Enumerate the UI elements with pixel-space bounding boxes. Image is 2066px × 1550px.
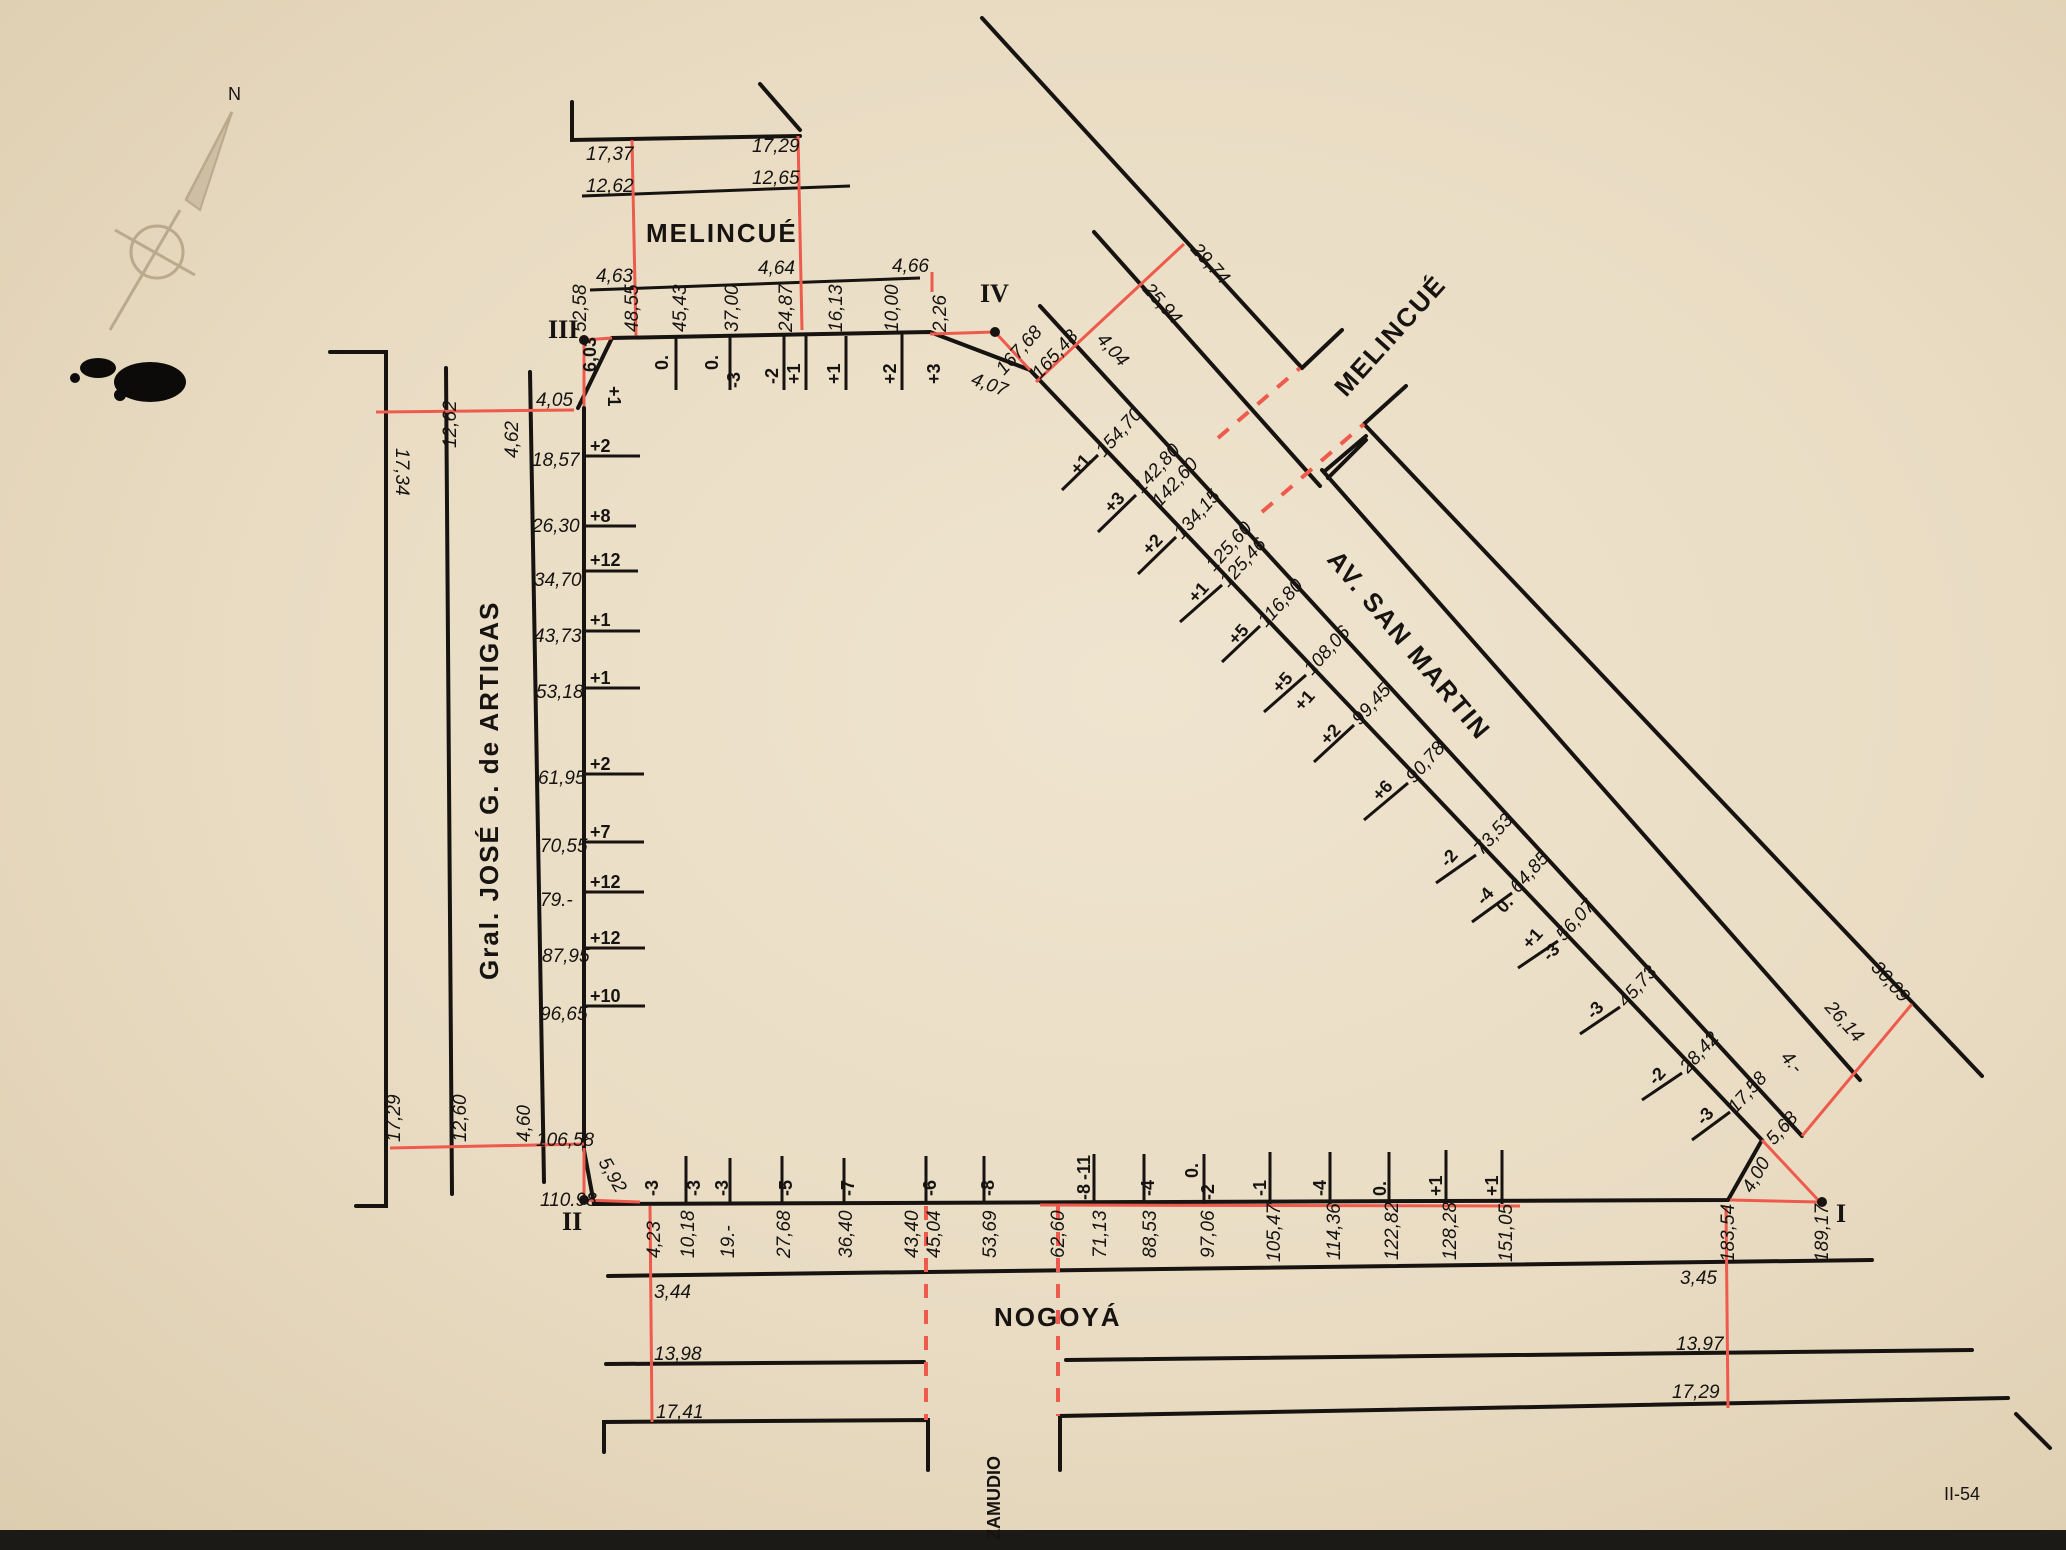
offset: +1 [784, 363, 804, 384]
north-arrow-icon: N [110, 84, 241, 330]
chainage: 36,40 [836, 1210, 857, 1258]
chainage: 183,54 [1718, 1204, 1739, 1262]
offset: +1 [1482, 1175, 1502, 1196]
chainage: 53,69 [980, 1210, 1001, 1258]
offset: +2 [590, 754, 611, 774]
offset: -4 [1310, 1180, 1330, 1196]
chainage: 62,60 [1048, 1210, 1069, 1258]
chainage: 45,73 [1614, 962, 1662, 1012]
dim-label: 17,37 [586, 144, 635, 165]
street-width: 4,60 [514, 1105, 535, 1142]
offset: -11 [1074, 1155, 1094, 1180]
offset: -8 [978, 1180, 998, 1196]
offset: -3 [1538, 939, 1564, 964]
offset: +1 [824, 363, 844, 384]
offset: +10 [590, 986, 621, 1006]
san-martin-street [982, 18, 1982, 1136]
chainage: 18,57 [532, 450, 581, 471]
offset: -3 [724, 372, 744, 388]
offset: -3 [684, 1180, 704, 1196]
south-offset-ticks [686, 1150, 1520, 1206]
chainage: 110.98 [540, 1190, 597, 1211]
offset: +8 [590, 506, 611, 526]
chainage: 87,95 [542, 946, 590, 967]
chainage: 16,13 [826, 284, 847, 332]
offset: -1 [1250, 1180, 1270, 1196]
chainage: 19.- [718, 1225, 739, 1258]
dim-label: 17,29 [752, 136, 800, 157]
offset: +2 [880, 363, 900, 384]
dim-label: 12,62 [586, 176, 634, 197]
west-chainages: 4,05 18,57 26,30 34,70 43,73 53,18 61,95… [384, 390, 631, 1211]
offset: -5 [776, 1180, 796, 1196]
offset: -8 [1074, 1184, 1094, 1200]
chainage: 53,18 [536, 682, 584, 703]
offset: 6,03 [580, 337, 600, 372]
sheet-code: II-54 [1944, 1484, 1980, 1504]
offset: -2 [1198, 1184, 1218, 1200]
north-chainages: 52,58 48,55 45,43 37,00 24,87 16,13 10,0… [570, 283, 1012, 407]
offset: 0. [1182, 1163, 1202, 1178]
chainage: 56,07 [1552, 895, 1600, 945]
ink-blot [70, 358, 186, 402]
chainage: 97,06 [1198, 1210, 1219, 1258]
offset: -3 [642, 1180, 662, 1196]
dim-label: 4,64 [758, 258, 795, 279]
chainage: 52,58 [570, 284, 591, 332]
offset: -7 [838, 1180, 858, 1196]
offset: +1 [1184, 578, 1213, 607]
chainage: 28,42 [1675, 1028, 1723, 1078]
chainage: 10,00 [882, 284, 903, 332]
street-width: 13,97 [1676, 1334, 1725, 1355]
chainage: 27,68 [774, 1210, 795, 1259]
survey-sheet: N [0, 0, 2066, 1530]
west-offset-ticks [586, 456, 645, 1006]
chainage: 108,06 [1300, 622, 1355, 680]
offset: +2 [590, 436, 611, 456]
chainage: 2,26 [930, 295, 951, 333]
chainage: 24,87 [776, 283, 797, 333]
dim-label: 4,63 [596, 266, 633, 287]
chainage: 48,55 [622, 284, 643, 332]
offset: +1 [590, 610, 611, 630]
offset: +7 [590, 822, 611, 842]
street-width: 26,14 [1820, 997, 1868, 1047]
street-width: 12,60 [450, 1094, 471, 1142]
chainage: 105,47 [1264, 1202, 1285, 1262]
street-label-artigas: Gral. JOSÉ G. de ARTIGAS [474, 601, 504, 980]
survey-plan-drawing: N [0, 0, 2066, 1550]
vertex-label-I: I [1836, 1199, 1846, 1228]
street-width: 4,62 [502, 421, 523, 458]
chainage: 106,58 [536, 1130, 595, 1151]
chainage: 116,80 [1254, 575, 1308, 632]
vertex-label-II: II [562, 1207, 582, 1236]
street-width: 17,29 [1672, 1382, 1720, 1403]
chainage: 4,05 [536, 390, 573, 411]
offset: +1 [604, 386, 624, 407]
offset: +5 [1268, 668, 1297, 697]
offset: +3 [1100, 488, 1129, 517]
street-width: 13,98 [654, 1344, 702, 1365]
street-width: 3,45 [1680, 1268, 1717, 1289]
parcel-outline [578, 327, 1827, 1207]
street-width: 3,44 [654, 1282, 691, 1303]
offset: 4,00 [1738, 1154, 1775, 1197]
offset: +1 [1290, 686, 1319, 715]
offset: +2 [1316, 720, 1345, 749]
street-width: 25,94 [1138, 279, 1186, 329]
offset: +5 [1224, 620, 1253, 649]
street-width: 12,62 [440, 400, 461, 448]
offset: +6 [1368, 776, 1397, 805]
offset: 0. [702, 355, 722, 370]
chainage: 43,73 [534, 626, 582, 647]
street-label-nogoya: NOGOYÁ [994, 1302, 1122, 1332]
chainage: 88,53 [1140, 1210, 1161, 1258]
chainage: 43,40 [902, 1210, 923, 1258]
offset: +1 [1066, 450, 1095, 479]
chainage: 128,28 [1440, 1201, 1461, 1260]
chainage: 26,30 [531, 516, 580, 537]
chainage: 96,65 [540, 1004, 588, 1025]
offset: 0. [1370, 1181, 1390, 1196]
offset: +12 [590, 872, 621, 892]
offset: +12 [590, 928, 621, 948]
chainage: 61,95 [538, 768, 586, 789]
north-label: N [228, 84, 241, 104]
street-width: 4.- [1776, 1047, 1806, 1078]
street-width: 17,34 [391, 448, 412, 496]
street-label-melincue-top: MELINCUÉ [646, 218, 798, 248]
street-width: 4,04 [1092, 329, 1132, 371]
dim-label: 12,65 [752, 168, 800, 189]
diagonal-offset-ticks [1062, 455, 1730, 1140]
offset: 0. [652, 355, 672, 370]
street-label-zamudio: ZAMUDIO [984, 1456, 1004, 1540]
street-label-melincue-diagonal: MELINCUÉ [1328, 269, 1452, 402]
offset: -4 [1138, 1180, 1158, 1196]
offset: 5,92 [594, 1154, 631, 1197]
offset: -6 [920, 1180, 940, 1196]
chainage: 114,36 [1324, 1203, 1345, 1260]
offset: +1 [1426, 1175, 1446, 1196]
offset: -2 [762, 368, 782, 384]
chainage: 45,04 [924, 1210, 945, 1258]
offset: +12 [590, 550, 621, 570]
chainage: 189,17 [1812, 1202, 1833, 1262]
chainage: 70,55 [540, 836, 588, 857]
vertex-label-IV: IV [980, 279, 1009, 308]
chainage: 10,18 [678, 1210, 699, 1258]
offset: +2 [1138, 530, 1167, 559]
chainage: 154,70 [1092, 404, 1147, 462]
chainage: 34,70 [534, 570, 582, 591]
chainage: 151,05 [1496, 1203, 1517, 1262]
street-width: 17,29 [384, 1094, 405, 1142]
chainage: 4,23 [644, 1221, 665, 1258]
street-width: 17,41 [656, 1402, 704, 1423]
chainage: 122,82 [1382, 1201, 1403, 1260]
chainage: 79.- [540, 890, 573, 911]
south-chainages: 4,23 10,18 19.- 27,68 36,40 43,40 45,04 … [642, 1154, 1833, 1262]
dim-label: 4,66 [892, 256, 929, 277]
chainage: 37,00 [722, 284, 743, 332]
offset: +3 [924, 363, 944, 384]
offset: -3 [712, 1180, 732, 1196]
chainage: 71,13 [1090, 1210, 1111, 1258]
chainage: 45,43 [670, 284, 691, 332]
offset: +1 [590, 668, 611, 688]
